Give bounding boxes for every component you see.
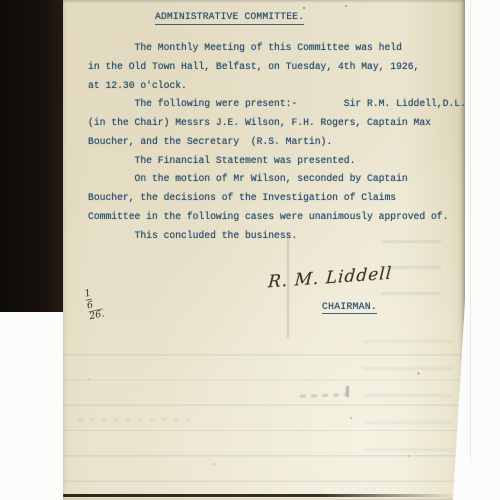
body-line: Boucher, the decisions of the Investigat… xyxy=(88,189,465,208)
body-line: (in the Chair) Messrs J.E. Wilson, F.H. … xyxy=(88,114,465,133)
under-page-edge xyxy=(470,0,471,462)
foxing-spot xyxy=(350,417,352,419)
ink-smudge xyxy=(78,418,190,421)
page-bottom-shadow xyxy=(63,494,457,497)
annotation-year: 26. xyxy=(88,308,105,322)
text-showthrough xyxy=(363,340,453,470)
body-line: in the Old Town Hall, Belfast, on Tuesda… xyxy=(88,58,465,77)
photo-background-dark xyxy=(0,0,63,312)
ink-smudge xyxy=(346,386,349,397)
document-body: The Monthly Meeting of this Committee wa… xyxy=(88,39,465,245)
body-line: Committee in the following cases were un… xyxy=(88,208,465,227)
foxing-spot xyxy=(417,372,420,375)
text-showthrough xyxy=(381,240,441,318)
signature-role: CHAIRMAN. xyxy=(322,301,377,314)
body-line: The Financial Statement was presented. xyxy=(88,152,465,171)
body-line: at 12.30 o'clock. xyxy=(88,77,465,96)
foxing-spot xyxy=(408,455,410,457)
foxing-spot xyxy=(303,7,305,9)
body-line: The Monthly Meeting of this Committee wa… xyxy=(88,39,465,58)
foxing-spot xyxy=(345,5,347,7)
document-page: ADMINISTRATIVE COMMITTEE. The Monthly Me… xyxy=(63,0,465,500)
foxing-spot xyxy=(213,463,215,465)
body-line: On the motion of Mr Wilson, seconded by … xyxy=(88,170,465,189)
photo-background-light xyxy=(0,312,63,500)
foxing-spot xyxy=(88,378,90,380)
paper-crease xyxy=(287,234,289,338)
body-line: The following were present:- Sir R.M. Li… xyxy=(88,95,465,114)
document-title: ADMINISTRATIVE COMMITTEE. xyxy=(155,11,304,25)
date-annotation: 1 6 26. xyxy=(84,287,106,322)
body-line: Boucher, and the Secretary (R.S. Martin)… xyxy=(88,133,465,152)
